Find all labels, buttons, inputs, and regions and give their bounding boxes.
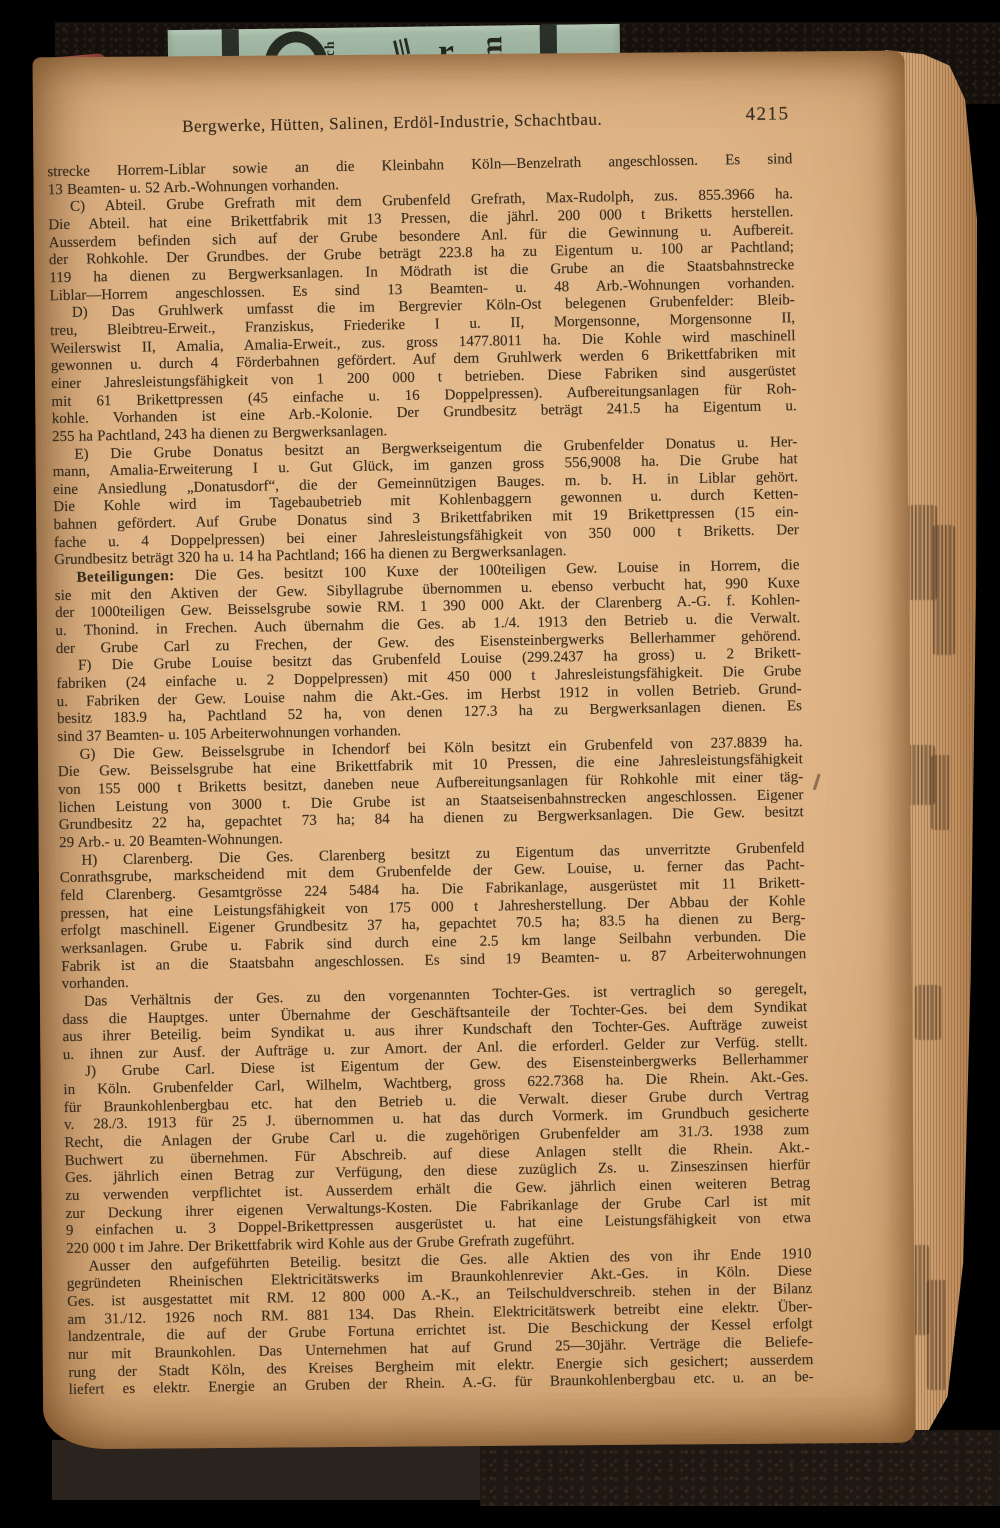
page-content: Bergwerke, Hütten, Salinen, Erdöl-Indust… xyxy=(46,103,813,1400)
book-page: Bergwerke, Hütten, Salinen, Erdöl-Indust… xyxy=(33,51,916,1450)
ink-smudge xyxy=(927,1280,947,1390)
ink-smudge xyxy=(933,525,955,655)
running-title: Bergwerke, Hütten, Salinen, Erdöl-Indust… xyxy=(47,107,738,139)
text-column: strecke Horrem-Liblar sowie an die Klein… xyxy=(47,151,813,1400)
page-number: 4215 xyxy=(745,103,789,126)
pen-mark xyxy=(813,773,821,790)
book-cover-bottom-shadow xyxy=(52,1440,480,1500)
ink-smudge xyxy=(915,985,941,1040)
ink-smudge xyxy=(931,755,951,830)
running-head: Bergwerke, Hütten, Salinen, Erdöl-Indust… xyxy=(46,103,791,140)
